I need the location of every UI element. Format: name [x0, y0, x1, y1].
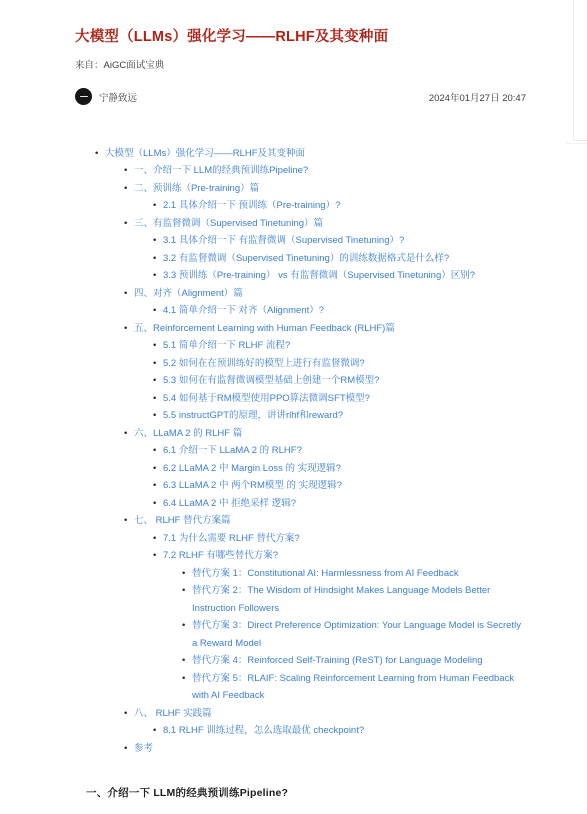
avatar-logo-icon: [80, 96, 88, 98]
byline: 宁静致远 2024年01月27日 20:47: [75, 88, 526, 106]
side-panel-hairline: [566, 143, 587, 144]
toc-item: 3.2 有监督微调（Supervised Tinetuning）的训练数据格式是…: [153, 250, 526, 268]
toc-link[interactable]: 3.1 具体介绍一下 有监督微调（Supervised Tinetuning）?: [163, 235, 404, 246]
toc-item: 五、Reinforcement Learning with Human Feed…: [124, 320, 526, 338]
section-heading: 一、介绍一下 LLM的经典预训练Pipeline?: [86, 785, 526, 800]
side-panel-edge: [573, 0, 587, 141]
toc-link[interactable]: 替代方案 2：The Wisdom of Hindsight Makes Lan…: [192, 585, 490, 614]
toc-link[interactable]: 替代方案 5：RLAIF: Scaling Reinforcement Lear…: [192, 673, 514, 702]
toc-item: 3.1 具体介绍一下 有监督微调（Supervised Tinetuning）?: [153, 232, 526, 250]
toc-item: 替代方案 2：The Wisdom of Hindsight Makes Lan…: [182, 582, 526, 617]
toc-item: 5.1 简单介绍一下 RLHF 流程?: [153, 337, 526, 355]
toc-item: 8.1 RLHF 训练过程，怎么选取最优 checkpoint?: [153, 722, 526, 740]
toc-link[interactable]: 5.4 如何基于RM模型使用PPO算法微调SFT模型?: [163, 393, 370, 404]
toc-link[interactable]: 替代方案 3：Direct Preference Optimization: Y…: [192, 620, 521, 649]
toc-link[interactable]: 八、 RLHF 实践篇: [134, 708, 212, 719]
toc-link[interactable]: 6.3 LLaMA 2 中 两个RM模型 的 实现逻辑?: [163, 480, 342, 491]
toc-item: 5.4 如何基于RM模型使用PPO算法微调SFT模型?: [153, 390, 526, 408]
toc-link[interactable]: 5.1 简单介绍一下 RLHF 流程?: [163, 340, 290, 351]
toc-link[interactable]: 参考: [134, 743, 153, 754]
toc-item: 替代方案 3：Direct Preference Optimization: Y…: [182, 617, 526, 652]
toc-item: 5.5 instructGPT的原理，讲讲rlhf和reward?: [153, 407, 526, 425]
toc-item: 7.2 RLHF 有哪些替代方案?: [153, 547, 526, 565]
toc-link[interactable]: 三、有监督微调（Supervised Tinetuning）篇: [134, 218, 323, 229]
table-of-contents: 大模型（LLMs）强化学习——RLHF及其变种面一、介绍一下 LLM的经典预训练…: [75, 145, 526, 758]
toc-item: 参考: [124, 740, 526, 758]
toc-item: 七、 RLHF 替代方案篇: [124, 512, 526, 530]
toc-link[interactable]: 七、 RLHF 替代方案篇: [134, 515, 231, 526]
toc-item: 八、 RLHF 实践篇: [124, 705, 526, 723]
toc-link[interactable]: 6.2 LLaMA 2 中 Margin Loss 的 实现逻辑?: [163, 463, 341, 474]
toc-link[interactable]: 7.2 RLHF 有哪些替代方案?: [163, 550, 278, 561]
toc-item: 大模型（LLMs）强化学习——RLHF及其变种面: [95, 145, 526, 163]
toc-item: 6.1 介绍一下 LLaMA 2 的 RLHF?: [153, 442, 526, 460]
toc-item: 6.4 LLaMA 2 中 拒绝采样 逻辑?: [153, 495, 526, 513]
toc-link[interactable]: 替代方案 4：Reinforced Self-Training (ReST) f…: [192, 655, 483, 666]
toc-link[interactable]: 4.1 简单介绍一下 对齐（Alignment）?: [163, 305, 324, 316]
toc-link[interactable]: 六、LLaMA 2 的 RLHF 篇: [134, 428, 242, 439]
toc-item: 5.2 如何在在预训练好的模型上进行有监督微调?: [153, 355, 526, 373]
author-name[interactable]: 宁静致远: [99, 90, 137, 104]
toc-item: 7.1 为什么需要 RLHF 替代方案?: [153, 530, 526, 548]
toc-item: 5.3 如何在有监督微调模型基础上创建一个RM模型?: [153, 372, 526, 390]
author-avatar[interactable]: [75, 88, 92, 105]
toc-item: 3.3 预训练（Pre-training） vs 有监督微调（Supervise…: [153, 267, 526, 285]
toc-link[interactable]: 3.3 预训练（Pre-training） vs 有监督微调（Supervise…: [163, 270, 475, 281]
toc-link[interactable]: 一、介绍一下 LLM的经典预训练Pipeline?: [134, 165, 308, 176]
toc-link[interactable]: 8.1 RLHF 训练过程，怎么选取最优 checkpoint?: [163, 725, 364, 736]
toc-item: 2.1 具体介绍一下 预训练（Pre-training）?: [153, 197, 526, 215]
toc-link[interactable]: 5.5 instructGPT的原理，讲讲rlhf和reward?: [163, 410, 343, 421]
page-title: 大模型（LLMs）强化学习——RLHF及其变种面: [75, 0, 526, 48]
toc-item: 6.3 LLaMA 2 中 两个RM模型 的 实现逻辑?: [153, 477, 526, 495]
toc-item: 六、LLaMA 2 的 RLHF 篇: [124, 425, 526, 443]
toc-item: 4.1 简单介绍一下 对齐（Alignment）?: [153, 302, 526, 320]
toc-item: 四、对齐（Alignment）篇: [124, 285, 526, 303]
toc-link[interactable]: 5.3 如何在有监督微调模型基础上创建一个RM模型?: [163, 375, 379, 386]
toc-item: 一、介绍一下 LLM的经典预训练Pipeline?: [124, 162, 526, 180]
toc-item: 替代方案 4：Reinforced Self-Training (ReST) f…: [182, 652, 526, 670]
document-page: 大模型（LLMs）强化学习——RLHF及其变种面 来自：AiGC面试宝典 宁静致…: [75, 0, 526, 800]
toc-link[interactable]: 大模型（LLMs）强化学习——RLHF及其变种面: [105, 148, 305, 159]
toc-link[interactable]: 7.1 为什么需要 RLHF 替代方案?: [163, 533, 300, 544]
toc-link[interactable]: 2.1 具体介绍一下 预训练（Pre-training）?: [163, 200, 340, 211]
toc-link[interactable]: 二、预训练（Pre-training）篇: [134, 183, 259, 194]
toc-link[interactable]: 6.4 LLaMA 2 中 拒绝采样 逻辑?: [163, 498, 296, 509]
toc-item: 三、有监督微调（Supervised Tinetuning）篇: [124, 215, 526, 233]
toc-item: 替代方案 5：RLAIF: Scaling Reinforcement Lear…: [182, 670, 526, 705]
toc-item: 二、预训练（Pre-training）篇: [124, 180, 526, 198]
toc-link[interactable]: 5.2 如何在在预训练好的模型上进行有监督微调?: [163, 358, 365, 369]
toc-link[interactable]: 四、对齐（Alignment）篇: [134, 288, 243, 299]
toc-link[interactable]: 3.2 有监督微调（Supervised Tinetuning）的训练数据格式是…: [163, 253, 449, 264]
toc-link[interactable]: 6.1 介绍一下 LLaMA 2 的 RLHF?: [163, 445, 302, 456]
publish-date: 2024年01月27日 20:47: [429, 90, 526, 104]
toc-link[interactable]: 五、Reinforcement Learning with Human Feed…: [134, 323, 395, 334]
toc-item: 替代方案 1：Constitutional AI: Harmlessness f…: [182, 565, 526, 583]
toc-item: 6.2 LLaMA 2 中 Margin Loss 的 实现逻辑?: [153, 460, 526, 478]
source-label: 来自：AiGC面试宝典: [75, 57, 526, 71]
toc-link[interactable]: 替代方案 1：Constitutional AI: Harmlessness f…: [192, 568, 459, 579]
